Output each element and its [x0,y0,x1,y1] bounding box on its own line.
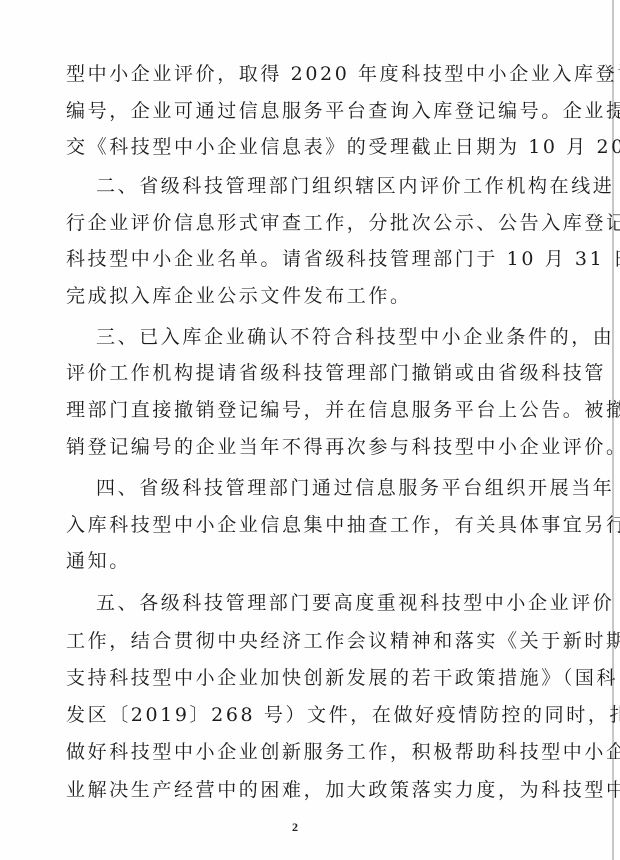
text-line: 通知。 [66,547,556,575]
text-line: 四、省级科技管理部门通过信息服务平台组织开展当年 [96,474,556,502]
text-line: 支持科技型中小企业加快创新发展的若干政策措施》（国科 [66,664,556,692]
document-page: 型中小企业评价，取得 2020 年度科技型中小企业入库登记 编号，企业可通过信息… [0,0,616,860]
text-line: 发区〔2019〕268 号）文件，在做好疫情防控的同时，扎实 [66,701,556,729]
text-line: 编号，企业可通过信息服务平台查询入库登记编号。企业提 [66,97,556,125]
text-line: 入库科技型中小企业信息集中抽查工作，有关具体事宜另行 [66,511,556,539]
text-line: 交《科技型中小企业信息表》的受理截止日期为 10 月 20 日。 [66,133,556,161]
text-line: 业解决生产经营中的困难，加大政策落实力度，为科技型中 [66,776,556,804]
text-line: 做好科技型中小企业创新服务工作，积极帮助科技型中小企 [66,738,556,766]
page-number: 2 [292,820,298,835]
text-line: 五、各级科技管理部门要高度重视科技型中小企业评价 [96,589,556,617]
text-line: 型中小企业评价，取得 2020 年度科技型中小企业入库登记 [66,60,556,88]
text-line: 销登记编号的企业当年不得再次参与科技型中小企业评价。 [66,433,556,461]
page-edge-divider [612,0,614,860]
text-line: 科技型中小企业名单。请省级科技管理部门于 10 月 31 日前 [66,245,556,273]
text-line: 三、已入库企业确认不符合科技型中小企业条件的，由 [96,323,556,351]
text-line: 完成拟入库企业公示文件发布工作。 [66,282,556,310]
text-line: 二、省级科技管理部门组织辖区内评价工作机构在线进 [96,172,556,200]
text-line: 行企业评价信息形式审查工作，分批次公示、公告入库登记 [66,209,556,237]
text-line: 工作，结合贯彻中央经济工作会议精神和落实《关于新时期 [66,627,556,655]
text-line: 评价工作机构提请省级科技管理部门撤销或由省级科技管 [66,359,556,387]
text-line: 理部门直接撤销登记编号，并在信息服务平台上公告。被撤 [66,396,556,424]
